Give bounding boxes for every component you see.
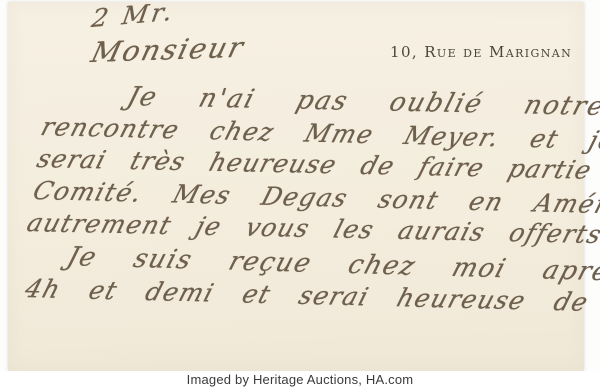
letterhead-address: 10, Rue de Marignan (390, 43, 570, 61)
watermark-strip: Imaged by Heritage Auctions, HA.com (0, 371, 600, 388)
handwritten-salutation: Monsieur (88, 31, 249, 69)
auction-photo-frame: 10, Rue de Marignan 2 Mr. Monsieur Je n'… (0, 0, 600, 388)
handwritten-date-annotation: 2 Mr. (90, 0, 178, 33)
watermark-caption: Imaged by Heritage Auctions, HA.com (187, 372, 414, 387)
letter-card: 10, Rue de Marignan 2 Mr. Monsieur Je n'… (8, 2, 584, 371)
